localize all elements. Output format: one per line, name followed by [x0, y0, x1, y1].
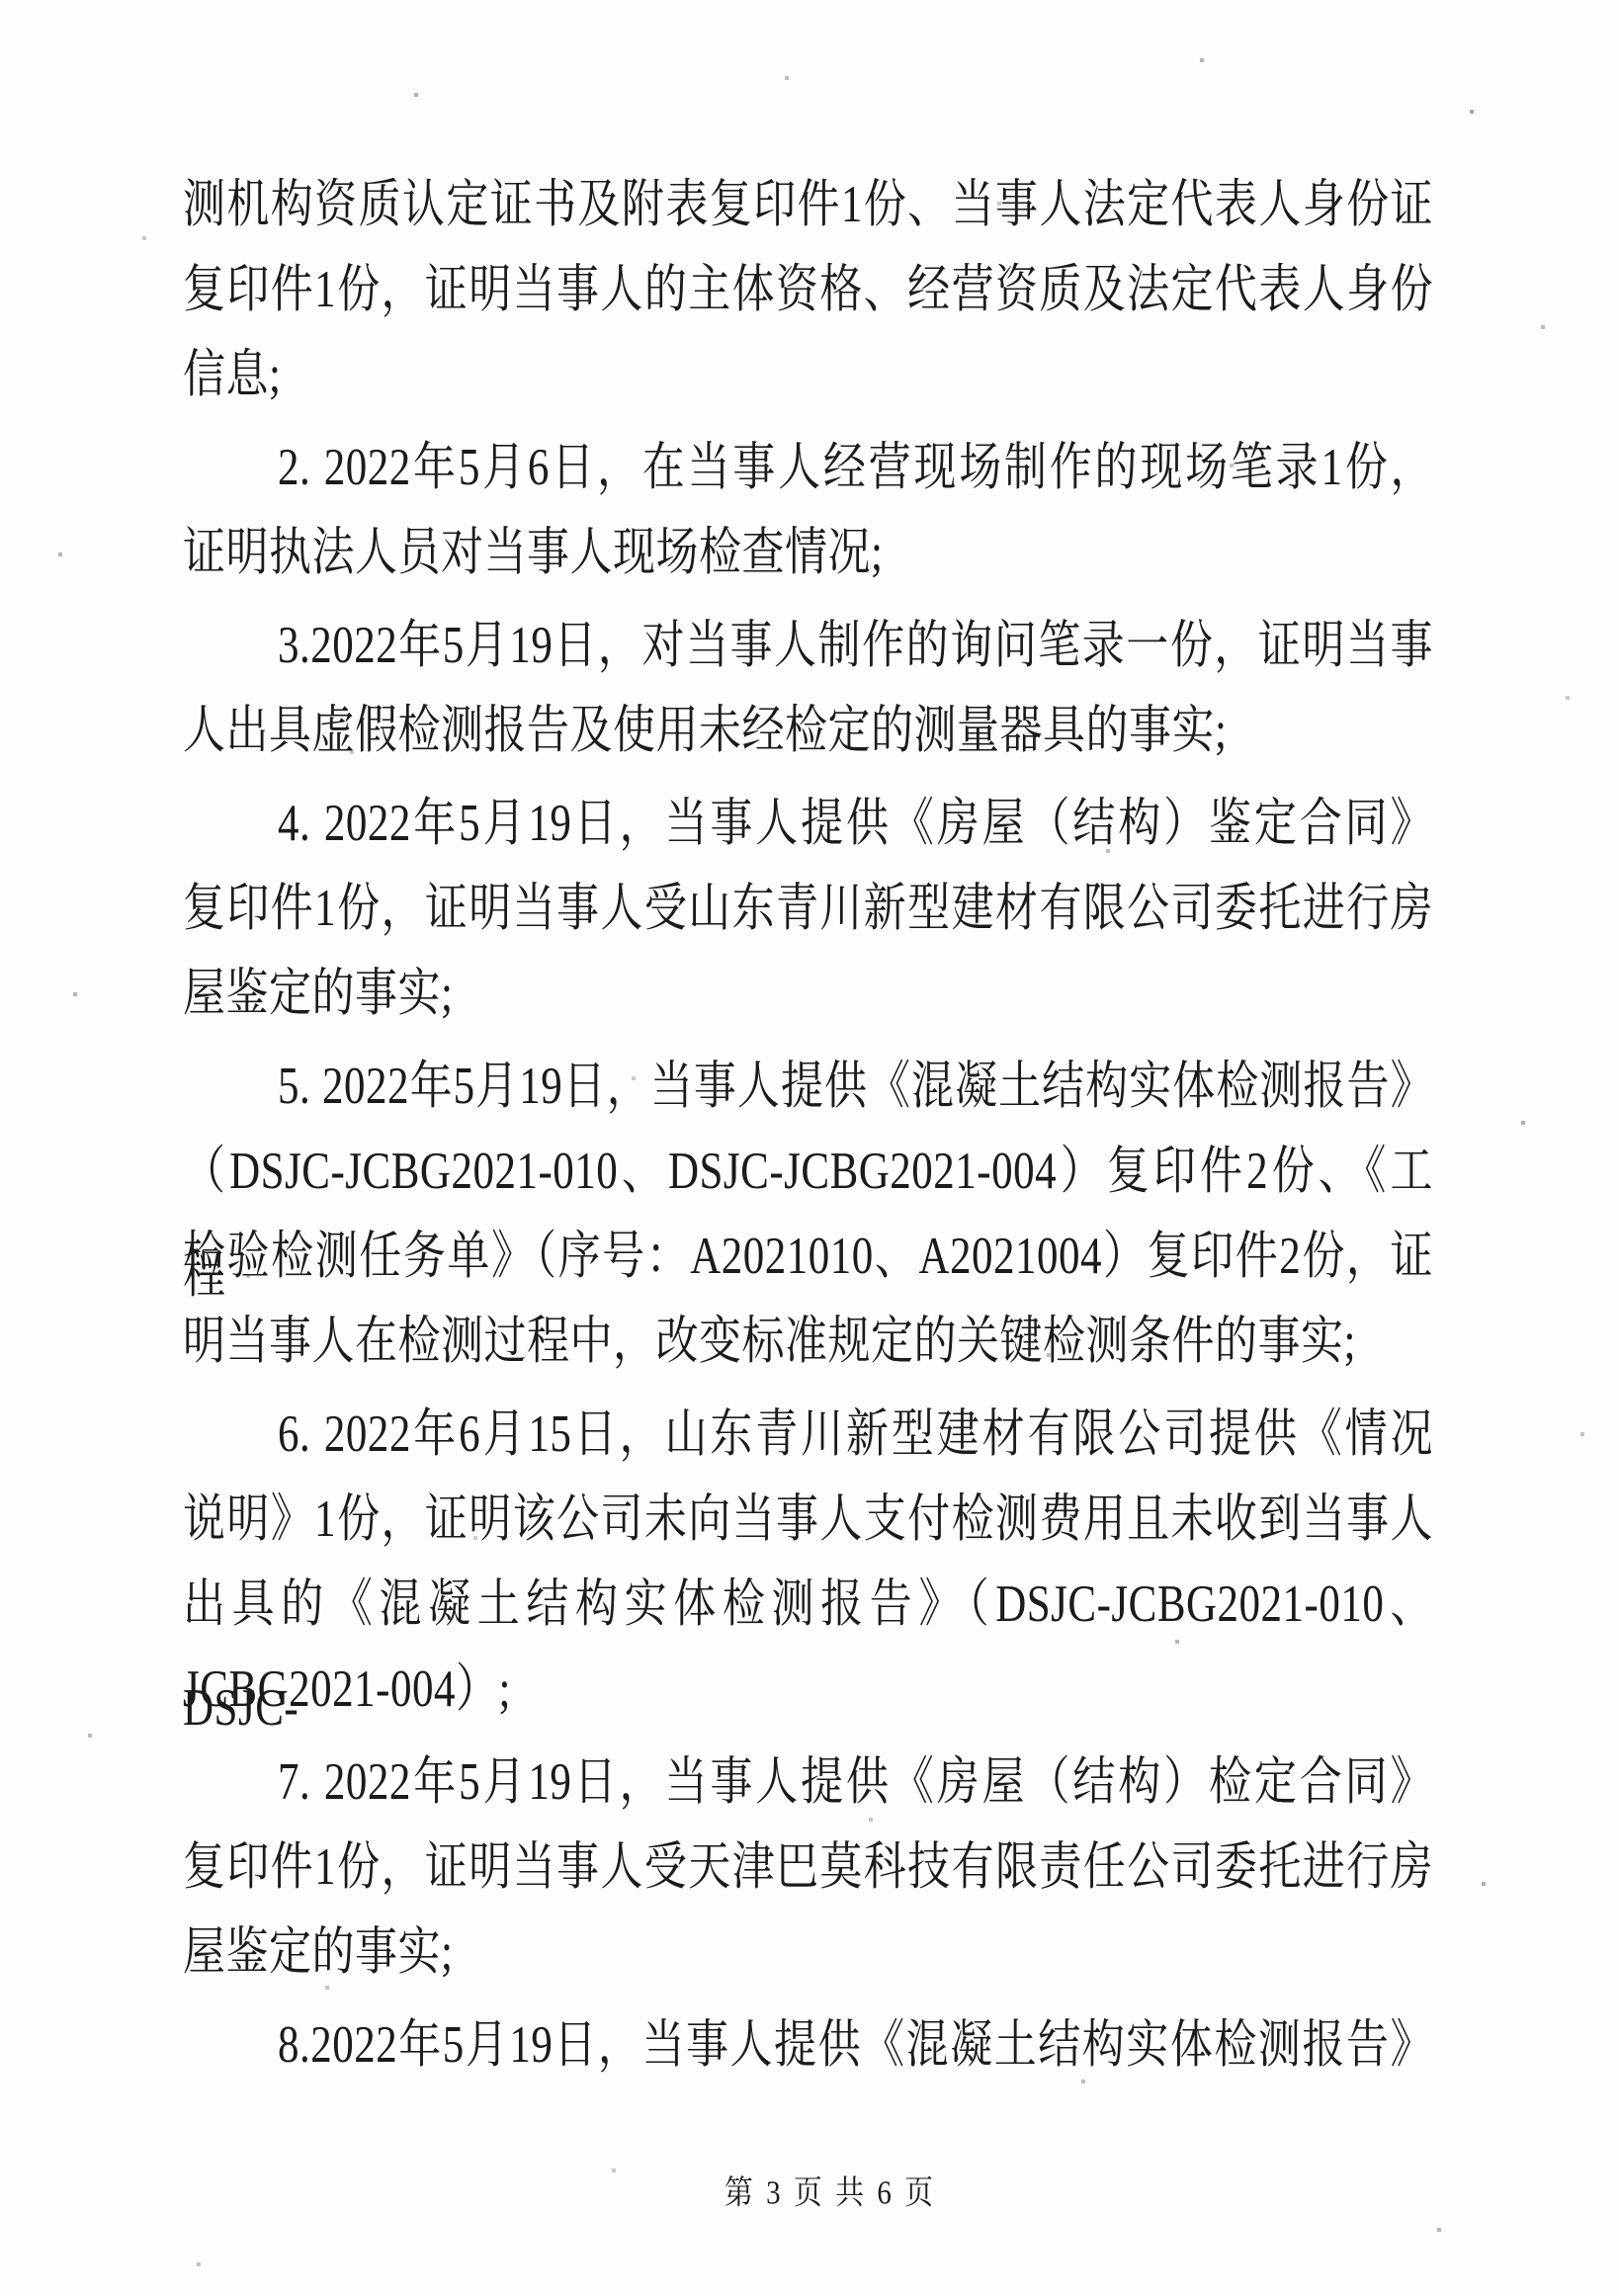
text-line: 信息; [183, 324, 1433, 428]
text-line: 人出具虚假检测报告及使用未经检定的测量器具的事实; [183, 680, 1433, 784]
text-line: JCBG2021-004）; [183, 1639, 1433, 1743]
text-line: 明当事人在检测过程中，改变标准规定的关键检测条件的事实; [183, 1291, 1433, 1395]
text-line: 证明执法人员对当事人现场检查情况; [183, 502, 1433, 606]
document-page: 测机构资质认定证书及附表复印件1份、当事人法定代表人身份证复印件1份，证明当事人… [0, 0, 1619, 2296]
page-footer: 第 3 页 共 6 页 [0, 2168, 1619, 2214]
scan-noise [0, 0, 2, 2]
text-line: 屋鉴定的事实; [183, 1902, 1433, 2005]
document-body: 测机构资质认定证书及附表复印件1份、当事人法定代表人身份证复印件1份，证明当事人… [183, 163, 1433, 2088]
paragraph-first-line: 8.2022年5月19日，当事人提供《混凝土结构实体检测报告》 [183, 1995, 1433, 2098]
text-line: 屋鉴定的事实; [183, 943, 1433, 1047]
